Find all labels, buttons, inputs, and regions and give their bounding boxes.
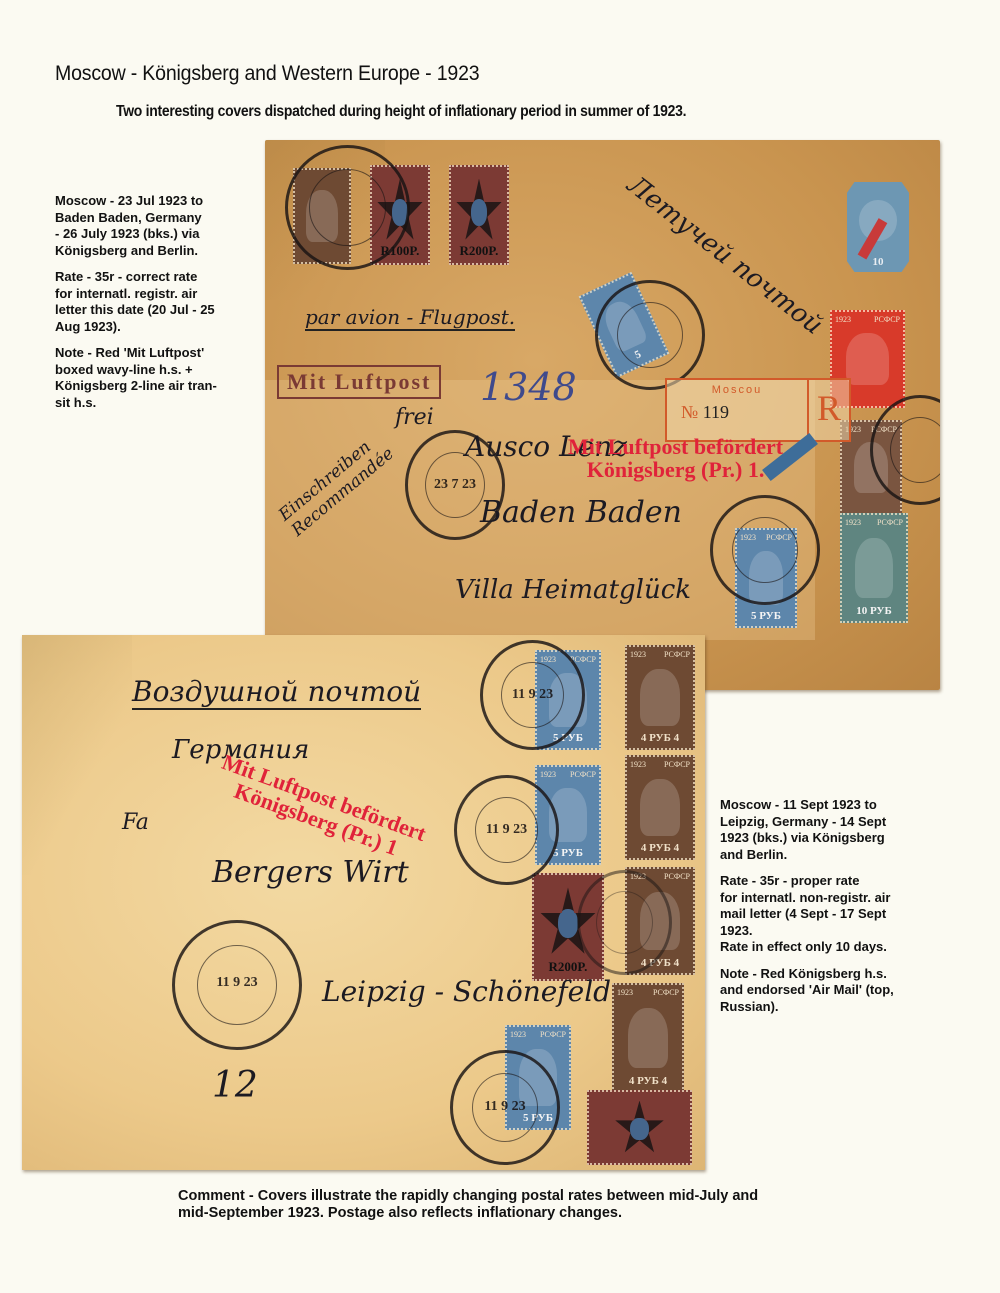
envelope-flap-shading bbox=[22, 635, 132, 875]
cover-2-rate-note: Rate - 35r - proper rate for internatl. … bbox=[720, 873, 950, 956]
cover-1-rate-note: Rate - 35r - correct rate for internatl.… bbox=[55, 269, 255, 335]
cover-2-handstamp-note: Note - Red Königsberg h.s. and endorsed … bbox=[720, 966, 950, 1016]
comment-text: Comment - Covers illustrate the rapidly … bbox=[178, 1188, 878, 1222]
cover-2-route-note: Moscow - 11 Sept 1923 to Leipzig, German… bbox=[720, 797, 950, 863]
postmark-moscow bbox=[710, 495, 820, 605]
stamp-brown-4rub: 1923РСФСР 4 РУБ 4 bbox=[612, 983, 684, 1093]
handwritten-city: Baden Baden bbox=[480, 495, 682, 530]
cover-1-envelope: R100P. R200P. 10 1923РСФСР 1923РСФСР 192… bbox=[265, 140, 940, 690]
handwritten-air-mail-russian: Воздушной почтой bbox=[132, 675, 421, 710]
postmark-moscow bbox=[595, 280, 705, 390]
postmark-moscow: 11 9 23 bbox=[172, 920, 302, 1050]
cover-1-notes: Moscow - 23 Jul 1923 to Baden Baden, Ger… bbox=[55, 193, 255, 421]
postmark-moscow: 11 9 23 bbox=[454, 775, 559, 885]
stamp-brown-4rub: 1923РСФСР 4 РУБ 4 bbox=[625, 645, 695, 750]
handwritten-addressee: Bergers Wirt bbox=[212, 855, 409, 890]
stamp-star-overprint-200r: R200P. bbox=[449, 165, 509, 265]
red-konigsberg-handstamp: Mit Luftpost befördert Königsberg (Pr.) … bbox=[211, 750, 429, 867]
handwritten-par-avion: par avion - Flugpost. bbox=[305, 305, 515, 331]
page-title: Moscow - Königsberg and Western Europe -… bbox=[55, 62, 479, 86]
postmark-moscow bbox=[577, 870, 672, 975]
stamp-brown-4rub: 1923РСФСР 4 РУБ 4 bbox=[625, 755, 695, 860]
handwritten-from: frei bbox=[395, 405, 434, 430]
registration-label: Moscou № 119 R bbox=[665, 378, 851, 442]
stamp-star-overprint bbox=[587, 1090, 692, 1165]
cover-1-handstamp-note: Note - Red 'Mit Luftpost' boxed wavy-lin… bbox=[55, 345, 255, 411]
handwritten-city: Leipzig - Schönefeld bbox=[322, 975, 611, 1008]
handwritten-villa: Villa Heimatglück bbox=[455, 575, 691, 605]
handwritten-number: 1348 bbox=[480, 365, 577, 409]
handwritten-to: Fa bbox=[122, 810, 149, 835]
cover-1-route-note: Moscow - 23 Jul 1923 to Baden Baden, Ger… bbox=[55, 193, 255, 259]
cover-2-envelope: 1923РСФСР 5 РУБ 1923РСФСР 4 РУБ 4 1923РС… bbox=[22, 635, 705, 1170]
boxed-mit-luftpost-handstamp: Mit Luftpost bbox=[277, 365, 441, 399]
postmark-moscow: 11 9 23 bbox=[450, 1050, 560, 1165]
cover-2-notes: Moscow - 11 Sept 1923 to Leipzig, German… bbox=[720, 797, 950, 1025]
red-konigsberg-handstamp: Mit Luftpost befördert Königsberg (Pr.) … bbox=[568, 435, 783, 481]
stamp-imprinted-indicia: 10 bbox=[847, 182, 909, 272]
postmark-moscow bbox=[285, 145, 410, 270]
postmark-moscow: 11 9 23 bbox=[480, 640, 585, 750]
handwritten-number: 12 bbox=[212, 1065, 258, 1106]
page-subtitle: Two interesting covers dispatched during… bbox=[116, 103, 686, 121]
stamp-green-10rub: 1923РСФСР 10 РУБ bbox=[840, 513, 908, 623]
